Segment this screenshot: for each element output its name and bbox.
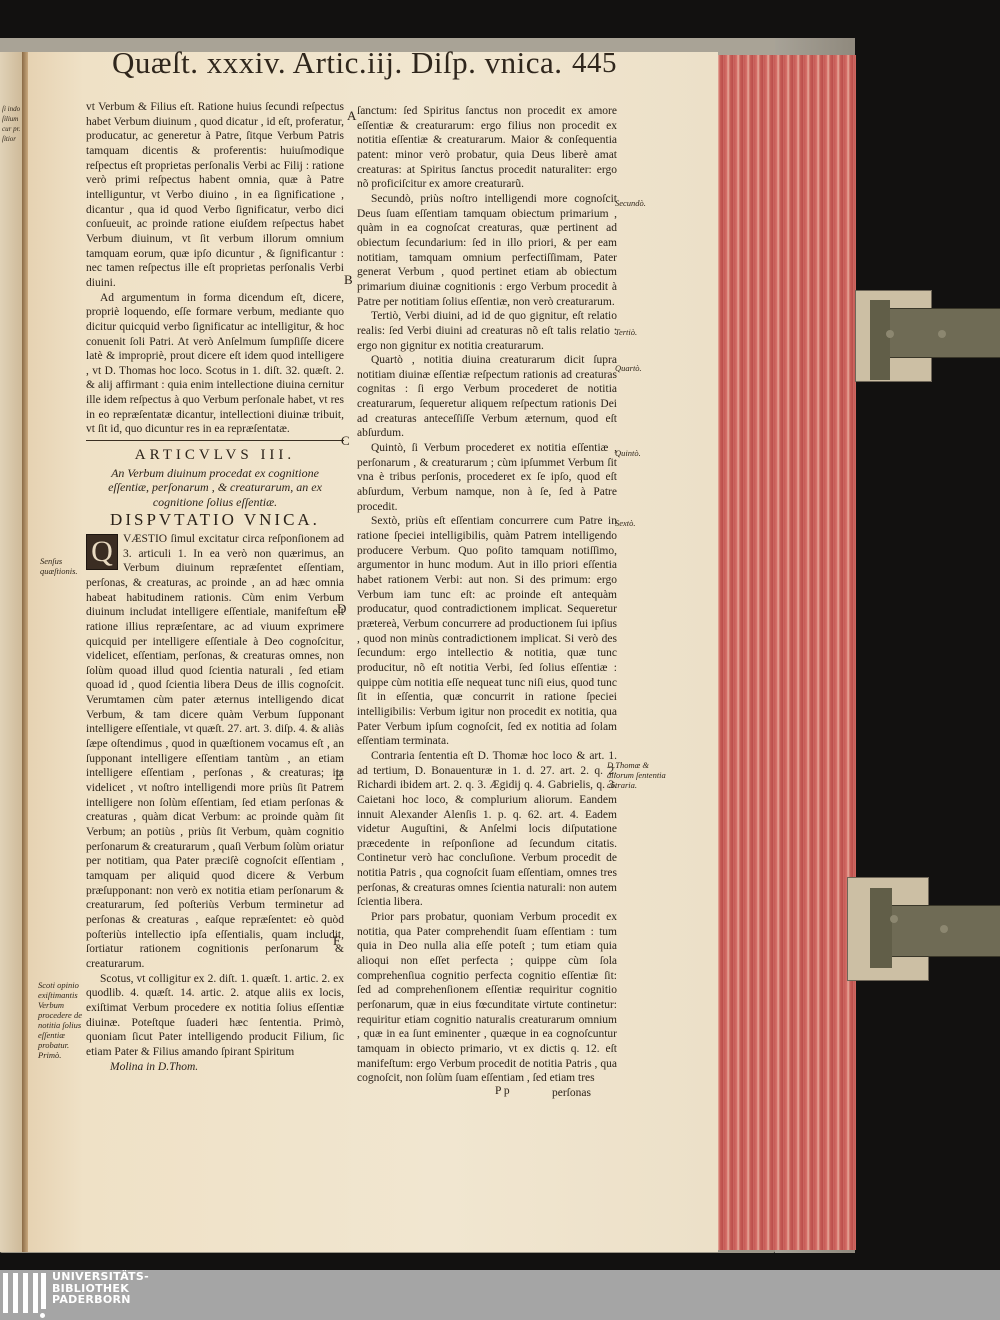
margin-note-quarto: Quartò. xyxy=(615,363,642,373)
left-text-column: vt Verbum & Filius eſt. Ratione huius ſe… xyxy=(86,100,344,1060)
section-letter-e: E xyxy=(335,768,343,784)
library-footer-band xyxy=(0,1270,1000,1320)
library-name-line3: PADERBORN xyxy=(52,1294,149,1306)
paragraph: Scotus, vt colligitur ex 2. diſt. 1. quæ… xyxy=(86,972,344,1060)
section-letter-b: B xyxy=(344,272,353,288)
article-heading: ARTICVLVS III. xyxy=(86,448,344,463)
library-name-line1: UNIVERSITÄTS- xyxy=(52,1271,149,1283)
margin-note-thoma: D.Thomæ & aliorum ſententia cõtraria. xyxy=(607,760,669,790)
paragraph: Contraria ſententia eſt D. Thomæ hoc loc… xyxy=(357,749,617,910)
clasp-lower-plate xyxy=(870,888,892,968)
paragraph: Tertiò, Verbi diuini, ad id de quo gigni… xyxy=(357,309,617,353)
clasp-rivet xyxy=(886,330,894,338)
margin-note-tertio: Tertiò. xyxy=(615,327,637,337)
left-catchword-note: Molina in D.Thom. xyxy=(110,1061,198,1073)
page-number: 445 xyxy=(572,47,617,80)
red-page-edges xyxy=(714,55,856,1250)
margin-note-sexto: Sextò. xyxy=(615,518,636,528)
running-head-title: Quæſt. xxxiv. Artic.iij. Diſp. vnica. xyxy=(112,45,562,80)
signature-mark: P p xyxy=(495,1085,510,1097)
catchword: perſonas xyxy=(552,1087,591,1099)
section-rule xyxy=(86,440,344,441)
section-letter-c: C xyxy=(341,433,350,449)
previous-page-margin-fragment: ſi indo ſilium cur pr. ſitior xyxy=(2,104,22,144)
margin-note-scoti: Scoti opinio exiſtimantis Verbum procede… xyxy=(38,980,84,1060)
article-question: An Verbum diuinum procedat ex cognitione… xyxy=(92,466,338,510)
disputation-heading: DISPVTATIO VNICA. xyxy=(86,513,344,528)
library-logo-icon xyxy=(3,1273,45,1319)
paragraph: Quintò, ſi Verbum procederet ex notitia … xyxy=(357,441,617,514)
library-logo-dot-icon xyxy=(40,1313,45,1318)
right-text-column: ſanctum: ſed Spiritus ſanctus non proced… xyxy=(357,104,617,1086)
margin-note-sensus: Senſus quæſtionis. xyxy=(40,556,84,576)
section-letter-d: D xyxy=(337,601,346,617)
running-head: Quæſt. xxxiv. Artic.iij. Diſp. vnica. 44… xyxy=(112,45,562,81)
section-letter-f: F xyxy=(333,933,340,949)
paragraph: ſanctum: ſed Spiritus ſanctus non proced… xyxy=(357,104,617,192)
paragraph: Sextò, priùs eſt eſſentiam concurrere cu… xyxy=(357,514,617,749)
paragraph: Quartò , notitia diuina creaturarum dici… xyxy=(357,353,617,441)
paragraph: Prior pars probatur, quoniam Verbum proc… xyxy=(357,910,617,1086)
margin-note-secundo: Secundò. xyxy=(615,198,646,208)
paragraph: Secundò, priùs noſtro intelligendi more … xyxy=(357,192,617,309)
paragraph: vt Verbum & Filius eſt. Ratione huius ſe… xyxy=(86,100,344,291)
previous-page-edge xyxy=(0,52,24,1252)
paragraph: Ad argumentum in forma dicendum eſt, dic… xyxy=(86,291,344,438)
paragraph: VÆSTIO ſimul excitatur circa reſponſione… xyxy=(86,532,344,972)
clasp-rivet xyxy=(938,330,946,338)
clasp-rivet xyxy=(890,915,898,923)
decorated-initial: Q xyxy=(86,534,118,570)
section-letter-a: A xyxy=(347,108,356,124)
margin-note-quinto: Quintò. xyxy=(615,448,641,458)
clasp-upper-plate xyxy=(870,300,890,380)
clasp-rivet xyxy=(940,925,948,933)
library-name: UNIVERSITÄTS- BIBLIOTHEK PADERBORN xyxy=(52,1271,149,1306)
